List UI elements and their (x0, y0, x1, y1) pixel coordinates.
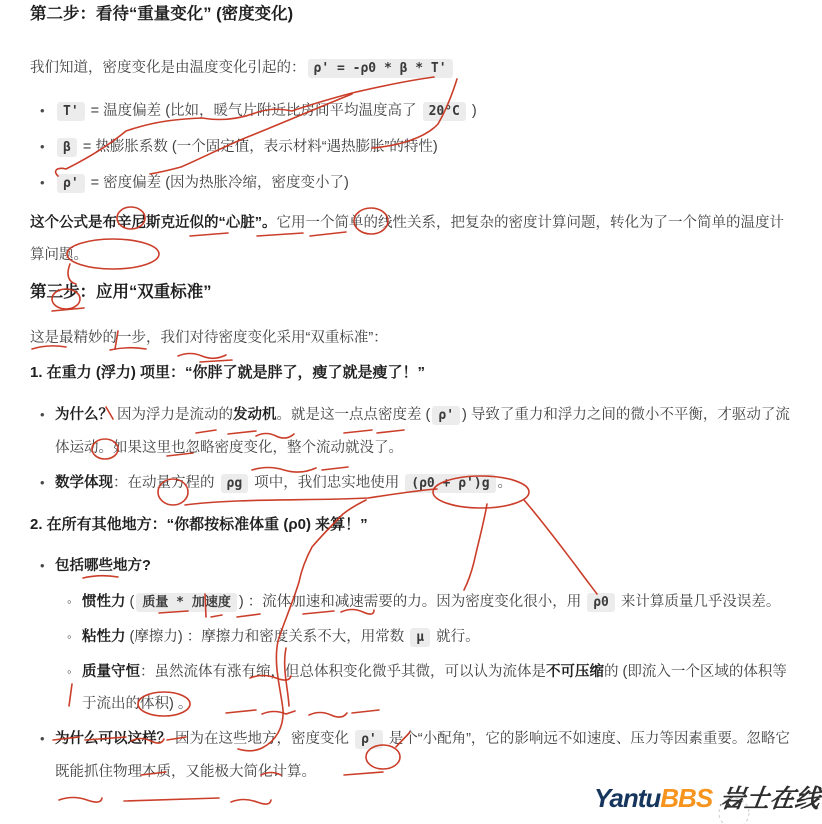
text-run: 就行。 (432, 629, 480, 645)
list-item: 包括哪些地方?惯性力 (质量 * 加速度) ：流体加速和减速需要的力。因为密度变… (30, 550, 790, 720)
check-sticker-icon (715, 795, 755, 824)
inline-code: ρ' (57, 174, 85, 193)
text-run: 不可压缩 (546, 664, 604, 680)
text-run: 2. 在所有其他地方：“你都按标准体重 (ρ0) 来算！” (30, 516, 368, 533)
watermark: YantuBBS 岩土在线 (594, 779, 820, 815)
inline-code: (ρ0 + ρ')g (405, 474, 495, 493)
text-run: 项中，我们忠实地使用 (250, 475, 403, 491)
text-run: 因为浮力是流动的 (113, 407, 233, 423)
gravity-term-list: 为什么？ 因为浮力是流动的发动机。就是这一点点密度差 (ρ') 导致了重力和浮力… (30, 399, 790, 503)
inline-code: 质量 * 加速度 (136, 593, 236, 612)
rule2-heading: 2. 在所有其他地方：“你都按标准体重 (ρ0) 来算！” (30, 513, 790, 537)
text-run: ( (126, 594, 135, 610)
pen-stroke (59, 798, 102, 803)
list-item: 质量守恒：虽然流体有涨有缩，但总体积变化微乎其微，可以认为流体是不可压缩的 (即… (55, 656, 790, 720)
inline-code: ρg (221, 474, 249, 493)
double-standard-intro: 这是最精妙的一步，我们对待密度变化采用“双重标准”： (30, 322, 790, 354)
formula-heart-paragraph: 这个公式是布辛尼斯克近似的“心脏”。它用一个简单的线性关系，把复杂的密度计算问题… (30, 207, 790, 271)
text-run: 因为在这些地方，密度变化 (171, 731, 353, 747)
pen-stroke (178, 354, 226, 359)
inline-code: ρ' (355, 730, 383, 749)
inline-code: ρ' (432, 406, 460, 425)
step2-heading: 第二步：看待“重量变化” (密度变化) (30, 2, 790, 26)
text-run: 为什么可以这样？ (55, 731, 171, 747)
text-run: (摩擦力) ：摩擦力和密度关系不大，用常数 (126, 629, 409, 645)
list-item: 数学体现：在动量方程的 ρg 项中，我们忠实地使用 (ρ0 + ρ')g。 (30, 467, 790, 500)
list-item: β = 热膨胀系数 (一个固定值，表示材料“遇热膨胀”的特性) (30, 131, 790, 164)
text-run: ：虽然流体有涨有缩，但总体积变化微乎其微，可以认为流体是 (140, 664, 546, 680)
pen-stroke (52, 308, 84, 311)
text-run: 来计算质量几乎没误差。 (617, 594, 781, 610)
text-run: = 密度偏差 (因为热胀冷缩，密度变小了) (87, 175, 349, 191)
density-intro-paragraph: 我们知道，密度变化是由温度变化引起的：ρ' = -ρ0 * β * T' (30, 52, 790, 85)
inline-code: μ (410, 628, 430, 647)
step3-heading: 第三步：应用“双重标准” (30, 280, 790, 304)
variable-definition-list: T' = 温度偏差 (比如，暖气片附近比房间平均温度高了 20°C )β = 热… (30, 95, 790, 203)
text-run: = 热膨胀系数 (一个固定值，表示材料“遇热膨胀”的特性) (79, 139, 438, 155)
watermark-bbs: BBS (660, 783, 712, 813)
text-run: 。就是这一点点密度差 ( (277, 407, 431, 423)
text-run: 这个公式是布辛尼斯克近似的“心脏”。 (30, 215, 277, 231)
text-run: 我们知道，密度变化是由温度变化引起的： (30, 60, 306, 76)
text-run: 第三步：应用“双重标准” (30, 283, 212, 301)
text-run: 为什么？ (55, 407, 113, 423)
inline-code: 20°C (423, 102, 466, 121)
text-run: 。 (498, 475, 513, 491)
watermark-yantu: Yantu (594, 783, 660, 813)
pen-stroke (124, 798, 219, 801)
text-run: 1. 在重力 (浮力) 项里：“你胖了就是胖了，瘦了就是瘦了！” (30, 364, 425, 381)
text-run: ) (468, 103, 477, 119)
text-run: ：在动量方程的 (113, 475, 219, 491)
list-item: 为什么？ 因为浮力是流动的发动机。就是这一点点密度差 (ρ') 导致了重力和浮力… (30, 399, 790, 464)
text-run: 惯性力 (82, 594, 126, 610)
other-places-list: 包括哪些地方?惯性力 (质量 * 加速度) ：流体加速和减速需要的力。因为密度变… (30, 550, 790, 791)
text-run: 包括哪些地方? (55, 558, 151, 574)
pen-stroke (231, 800, 271, 805)
text-run: 发动机 (233, 407, 277, 423)
text-run: 这是最精妙的一步，我们对待密度变化采用“双重标准”： (30, 330, 388, 346)
text-run: 数学体现 (55, 475, 113, 491)
rule1-heading: 1. 在重力 (浮力) 项里：“你胖了就是胖了，瘦了就是瘦了！” (30, 361, 790, 385)
list-item: ρ' = 密度偏差 (因为热胀冷缩，密度变小了) (30, 167, 790, 200)
text-run: 粘性力 (82, 629, 126, 645)
list-item: T' = 温度偏差 (比如，暖气片附近比房间平均温度高了 20°C ) (30, 95, 790, 128)
inline-code: T' (57, 102, 85, 121)
list-item: 粘性力 (摩擦力) ：摩擦力和密度关系不大，用常数 μ 就行。 (55, 621, 790, 654)
list-item: 惯性力 (质量 * 加速度) ：流体加速和减速需要的力。因为密度变化很小，用 ρ… (55, 586, 790, 619)
text-run: ) ：流体加速和减速需要的力。因为密度变化很小，用 (239, 594, 585, 610)
inline-code: ρ' = -ρ0 * β * T' (308, 59, 453, 78)
text-run: 第二步：看待“重量变化” (密度变化) (30, 5, 293, 23)
text-run: = 温度偏差 (比如，暖气片附近比房间平均温度高了 (87, 103, 421, 119)
inline-code: β (57, 138, 77, 157)
inline-code: ρ0 (587, 593, 615, 612)
text-run: 质量守恒 (82, 664, 140, 680)
